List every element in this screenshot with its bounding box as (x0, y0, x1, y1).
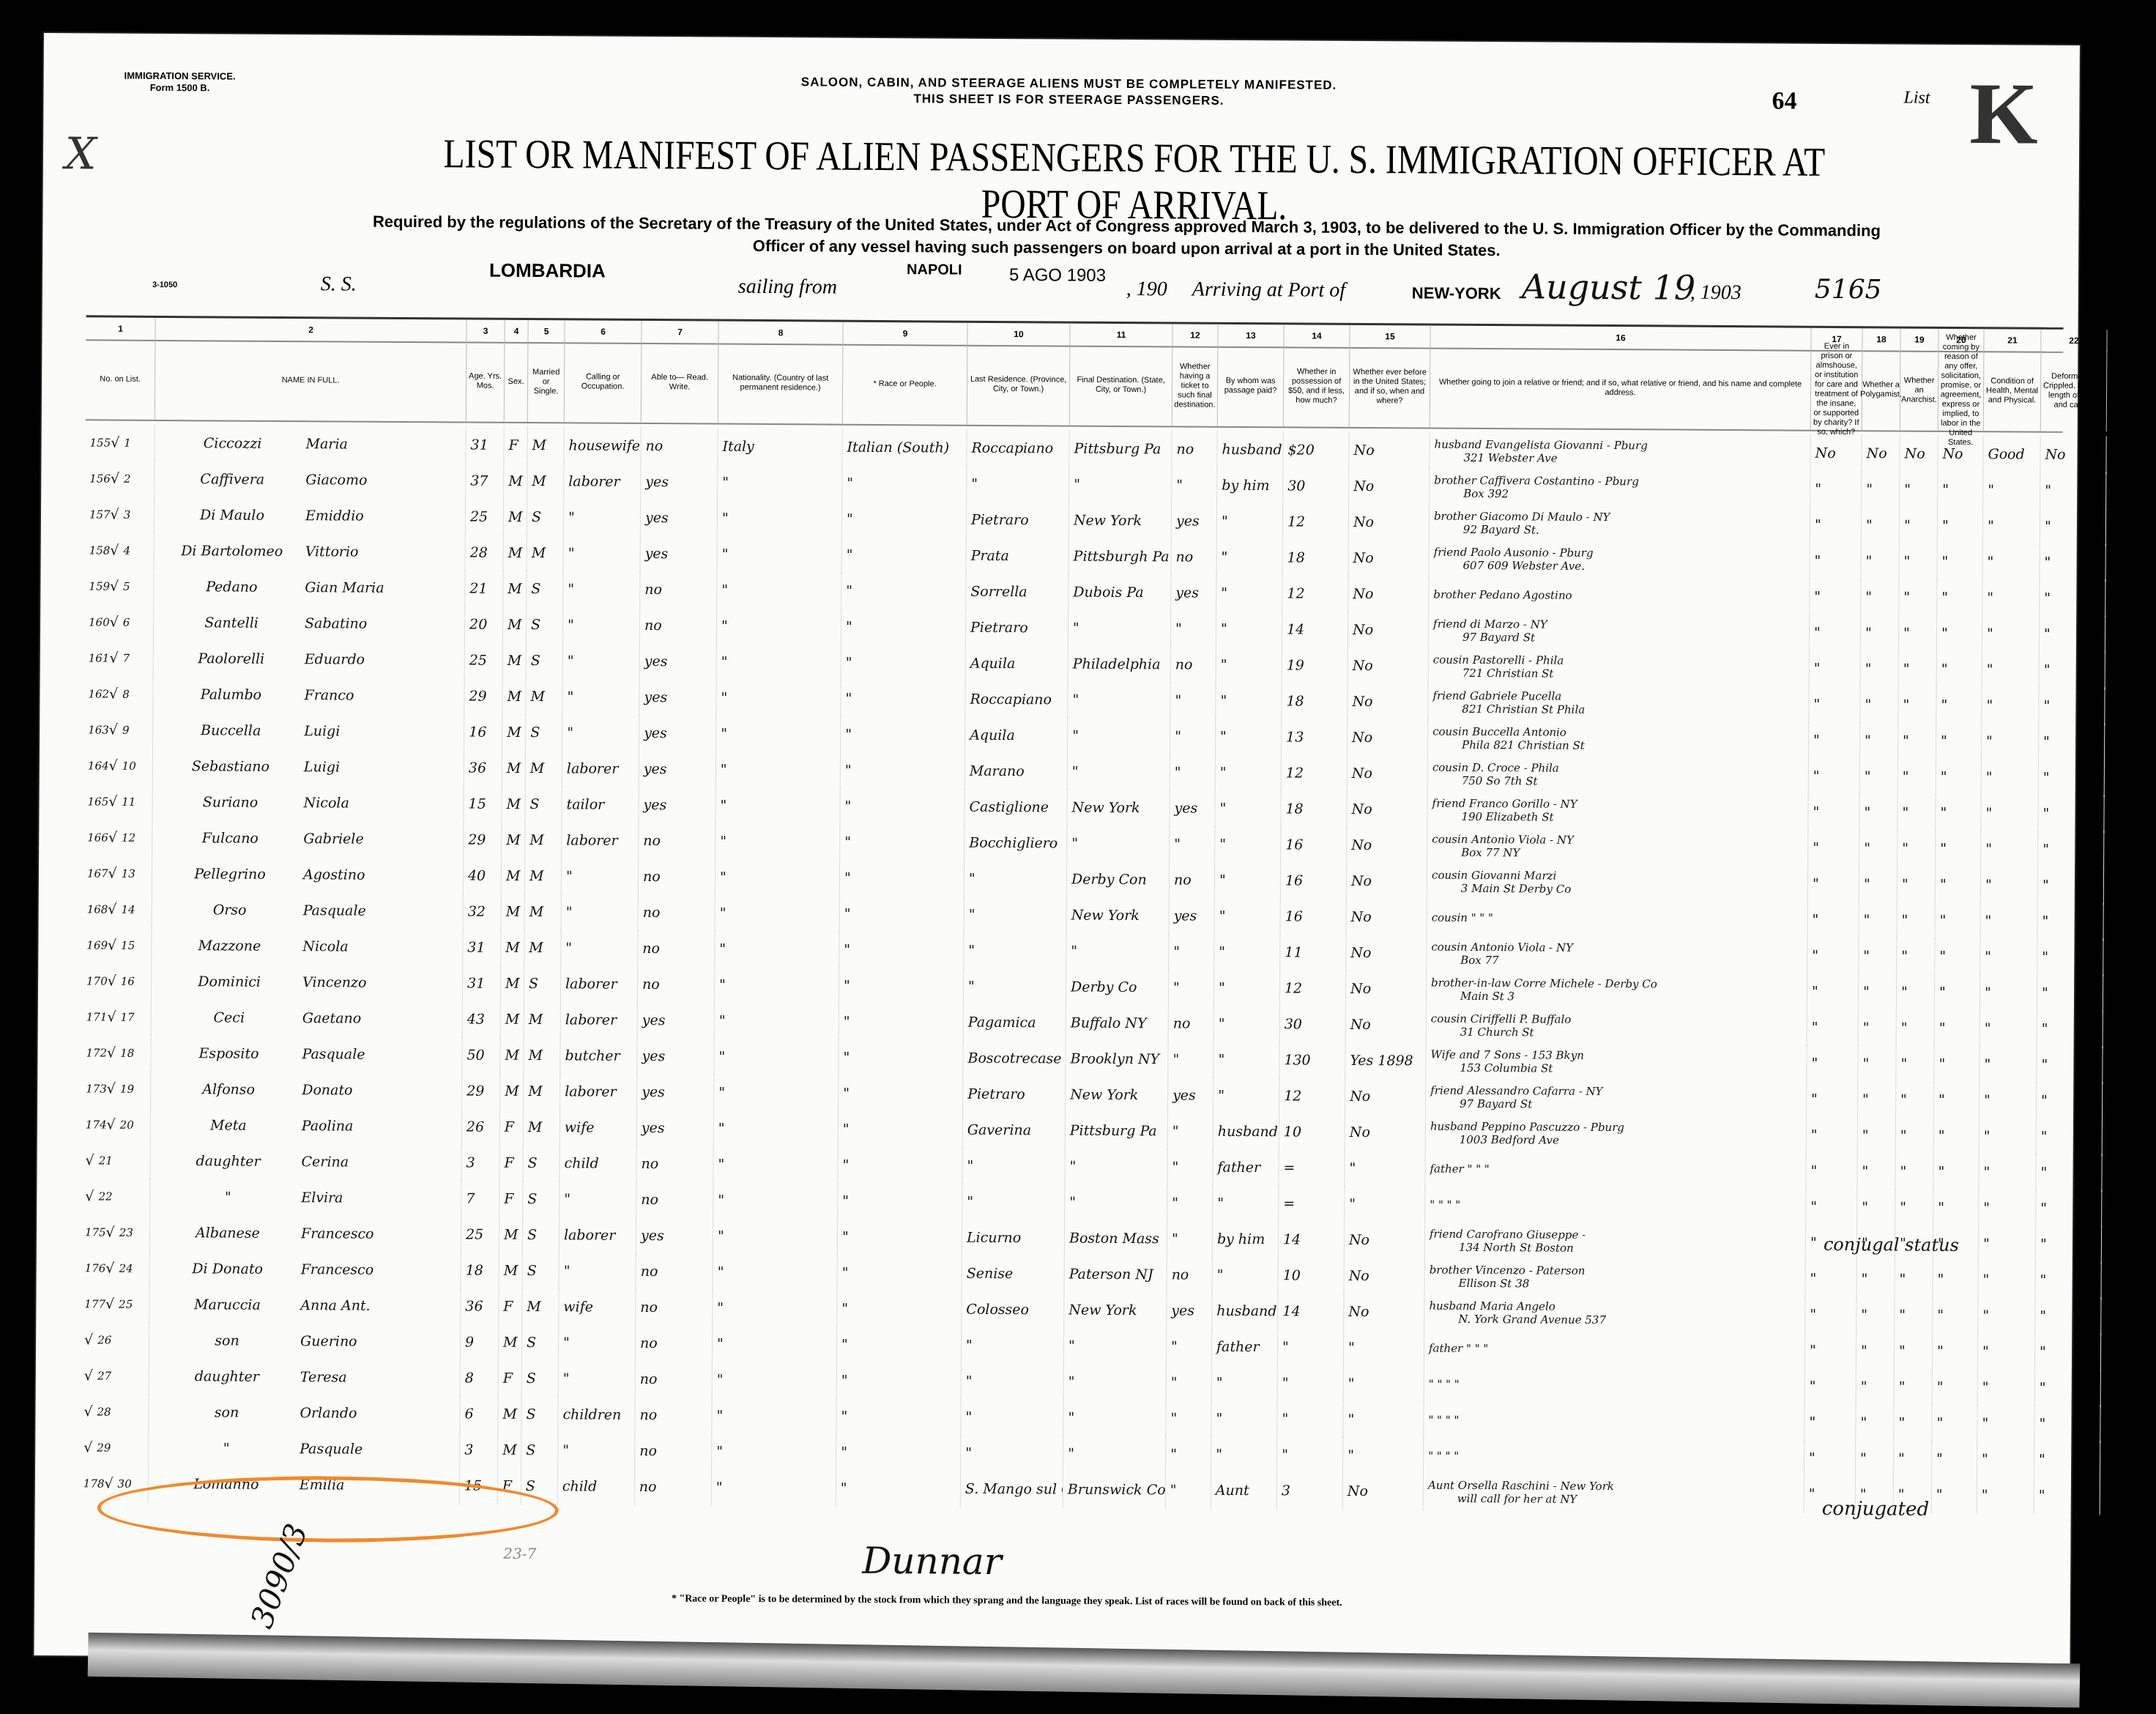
given-name: Vittorio (305, 547, 359, 557)
cell-no: 157 √3 (85, 495, 155, 534)
cell-sex: M (501, 965, 524, 1003)
list-ref: 175 (85, 1228, 106, 1237)
cell-ticket: " (1169, 932, 1214, 971)
cell-no: √28 (79, 1392, 149, 1431)
cell-dest: Paterson NJ (1065, 1255, 1167, 1294)
cell-money: = (1279, 1149, 1345, 1187)
cell-name: SebastianoLuigi (153, 747, 464, 787)
cell-last: Boscotrecase (963, 1039, 1066, 1078)
surname: Alfonso (155, 1084, 302, 1094)
cell-q19: " (1896, 1080, 1934, 1118)
list-no: 21 (99, 1156, 113, 1165)
cell-money: 130 (1279, 1041, 1345, 1080)
cell-nat: " (713, 1325, 837, 1364)
cell-q18: " (1857, 1152, 1895, 1190)
cell-paid: " (1215, 897, 1281, 936)
given-name: Teresa (300, 1373, 347, 1382)
cell-before: No (1347, 754, 1428, 793)
list-no: 30 (118, 1479, 132, 1488)
address-line: 97 Bayard St (1433, 631, 1535, 645)
cell-ticket: no (1169, 1004, 1214, 1042)
cell-nat: " (717, 607, 841, 646)
list-no: 14 (121, 905, 135, 914)
cell-age: 29 (464, 821, 502, 859)
cell-dest: " (1063, 1435, 1166, 1474)
cell-q18: " (1856, 1260, 1895, 1298)
cell-health: " (1982, 579, 2040, 617)
list-ref: 160 (89, 617, 110, 627)
marginal-note-row30: conjugated (1822, 1498, 1930, 1521)
cell-join: brother Caffivera Costantino - PburgBox … (1430, 468, 1810, 508)
cell-money: 12 (1282, 574, 1348, 613)
cell-deformed: " (2037, 1010, 2103, 1049)
cell-before: No (1348, 611, 1429, 650)
cell-nat: " (715, 894, 840, 933)
cell-last: " (962, 1147, 1065, 1186)
cell-money: 14 (1282, 610, 1348, 649)
cell-join: cousin Antonio Viola - NYBox 77 (1427, 935, 1807, 975)
cell-ms: S (525, 785, 562, 823)
ship-prefix: S. S. (321, 272, 357, 296)
surname: Albanese (155, 1228, 301, 1238)
cell-q18: " (1859, 829, 1897, 867)
list-ref: 165 (88, 797, 109, 806)
cell-join: " " " " (1424, 1401, 1804, 1442)
cell-ms: M (524, 929, 561, 967)
cell-age: 28 (466, 534, 504, 572)
cell-rw: no (639, 894, 715, 932)
cell-join: friend Alessandro Cafarra - NY97 Bayard … (1426, 1078, 1807, 1118)
surname: son (153, 1407, 300, 1417)
cell-q17: " (1807, 1080, 1858, 1118)
cell-race: " (841, 608, 966, 647)
cell-sex: M (502, 821, 525, 859)
cell-q17: " (1808, 865, 1859, 903)
cell-ms: M (526, 749, 562, 787)
cell-occ: " (560, 1180, 636, 1219)
cell-join: Wife and 7 Sons - 153 Bkyn153 Columbia S… (1426, 1042, 1807, 1083)
cell-nat: " (715, 966, 839, 1005)
cell-occ: children (558, 1395, 635, 1434)
cell-last: Bocchigliero (964, 824, 1067, 863)
cell-sex: M (498, 1431, 521, 1469)
cell-dest: " (1065, 1148, 1167, 1187)
cell-before: No (1344, 1293, 1424, 1332)
cell-paid: " (1216, 754, 1282, 793)
cell-health: " (1982, 543, 2040, 581)
cell-rw: no (639, 822, 715, 861)
cell-health: " (1980, 973, 2037, 1012)
cell-ticket: yes (1170, 897, 1215, 935)
surname: Di Bartolomeo (159, 546, 305, 556)
cell-sex: M (501, 1001, 524, 1039)
cell-sex: M (498, 1395, 521, 1433)
cell-health: " (1980, 1045, 2037, 1083)
cell-sex: F (504, 426, 527, 464)
cell-money: 18 (1282, 682, 1347, 721)
cell-ms: M (524, 1108, 560, 1146)
cell-q19: " (1898, 686, 1936, 724)
cell-nat: " (716, 679, 841, 718)
cell-name: Di BartolomeoVittorio (155, 532, 466, 572)
cell-age: 21 (465, 570, 503, 608)
cell-ms: S (522, 1324, 559, 1362)
cell-ms: M (527, 426, 564, 464)
cell-q20: " (1936, 686, 1982, 724)
cell-money: 12 (1280, 969, 1346, 1008)
cell-race: " (839, 931, 964, 970)
cell-paid: husband (1213, 1113, 1279, 1151)
cell-sex: M (499, 1216, 523, 1254)
cell-money: 30 (1280, 1005, 1346, 1044)
cell-q19: " (1895, 1260, 1933, 1298)
cell-ticket: no (1167, 1255, 1213, 1294)
given-name: Cerina (302, 1157, 349, 1167)
cell-health: " (1982, 650, 2040, 689)
given-name: Francesco (301, 1229, 374, 1239)
cell-sex: M (502, 785, 525, 823)
surname: Mazzone (156, 941, 302, 951)
cell-deformed: " (2034, 1405, 2100, 1444)
given-name: Sabatino (305, 619, 367, 629)
cell-rw: no (640, 606, 717, 645)
cell-before: " (1345, 1185, 1425, 1224)
cell-no: 161 √7 (84, 639, 154, 678)
cell-q18: " (1859, 865, 1897, 903)
cell-name: FulcanoGabriele (152, 819, 464, 859)
list-no: 2 (124, 474, 131, 483)
cell-dest: Pittsburg Pa (1066, 1112, 1168, 1151)
cell-before: No (1348, 575, 1429, 614)
cell-q20: " (1936, 866, 1981, 904)
cell-paid: " (1216, 682, 1282, 721)
cell-occ: " (562, 713, 639, 752)
list-no: 15 (121, 941, 135, 950)
list-no: 28 (97, 1407, 111, 1417)
cell-last: Roccapiano (965, 680, 1068, 719)
cell-ms: M (524, 1036, 560, 1075)
cell-deformed: " (2036, 1190, 2102, 1228)
footnote: * "Race or People" is to be determined b… (672, 1593, 1342, 1609)
cell-ms: S (527, 570, 563, 608)
address-line: 190 Elizabeth St (1432, 810, 1553, 824)
surname: Di Donato (155, 1264, 301, 1274)
given-name: Elvira (301, 1193, 343, 1203)
surname: daughter (155, 1156, 302, 1166)
cell-occ: " (559, 1359, 636, 1398)
list-ref: 162 (88, 689, 109, 699)
cell-dest: Pittsburgh Pa (1069, 538, 1172, 576)
cell-race: " (842, 500, 967, 539)
cell-name: sonOrlando (149, 1393, 460, 1433)
cell-rw: yes (639, 786, 715, 825)
relative-line: cousin Giovanni Marzi (1432, 869, 1556, 883)
relative-line: " " " " (1428, 1414, 1459, 1427)
address-line: 721 Christian St (1433, 667, 1554, 680)
cell-last: Gaverina (963, 1111, 1066, 1150)
cell-sex: M (504, 534, 527, 572)
cell-health: " (1982, 615, 2040, 653)
cell-no: 177 √25 (80, 1285, 149, 1324)
cell-age: 31 (463, 929, 501, 967)
list-no: 9 (122, 725, 130, 735)
cell-nat: " (716, 715, 841, 754)
cell-dest: " (1068, 609, 1171, 648)
cell-health: " (1980, 1081, 2037, 1119)
cell-ticket: " (1166, 1435, 1211, 1473)
column-number: 4 (505, 320, 528, 342)
cell-join: cousin Buccella AntonioPhila 821 Christi… (1428, 719, 1809, 760)
given-name: Luigi (304, 763, 340, 772)
relative-line: friend Franco Gorillo - NY (1432, 797, 1577, 811)
cell-age: 43 (463, 1001, 501, 1039)
cell-race: " (836, 1469, 961, 1508)
cell-before: " (1343, 1436, 1424, 1475)
cell-q20: " (1937, 543, 1982, 581)
cell-dest: " (1064, 1327, 1167, 1366)
surname: Orso (157, 905, 303, 915)
cell-rw: yes (637, 1109, 714, 1148)
cell-name: OrsoPasquale (152, 891, 464, 931)
address-line: 92 Bayard St. (1434, 523, 1539, 537)
cell-q19: " (1897, 1009, 1935, 1047)
address-line: Main St 3 (1431, 990, 1514, 1003)
list-ref: 164 (88, 761, 109, 771)
cell-age: 50 (462, 1036, 500, 1075)
address-line: N. York Grand Avenue 537 (1429, 1313, 1606, 1327)
cell-q20: No (1938, 435, 1983, 473)
surname: Ciccozzi (160, 438, 306, 448)
cell-paid: " (1211, 1400, 1277, 1439)
column-header: By whom was passage paid? (1218, 346, 1285, 427)
cell-name: PellegrinoAgostino (152, 855, 464, 895)
reference-number: 5165 (1815, 275, 1882, 305)
list-no: 8 (122, 689, 130, 699)
cell-ms: M (527, 534, 564, 572)
cell-race: " (840, 895, 964, 934)
cell-rw: yes (639, 750, 716, 789)
cell-sex: F (499, 1288, 522, 1326)
cell-deformed: " (2034, 1477, 2100, 1515)
cell-join: cousin D. Croce - Phila750 So 7th St (1428, 755, 1809, 795)
cell-nat: " (717, 571, 841, 610)
column-number: 22 (2041, 330, 2107, 352)
cell-race: " (841, 572, 966, 611)
cell-race: " (841, 680, 965, 719)
relative-line: cousin Ciriffelli P. Buffalo (1431, 1012, 1572, 1026)
cell-paid: " (1216, 610, 1282, 649)
list-no: 27 (97, 1371, 111, 1381)
cell-paid: " (1214, 933, 1280, 972)
cell-occ: " (564, 498, 641, 537)
manifest-table: 12345678910111213141516171819202122 No. … (79, 315, 2064, 1535)
cell-occ: laborer (564, 462, 641, 501)
column-headers: No. on List.NAME IN FULL.Age. Yrs. Mos.S… (86, 338, 2064, 432)
list-ref: 173 (86, 1084, 107, 1094)
cell-before: No (1346, 934, 1427, 973)
cell-occ: " (564, 534, 641, 573)
cell-sex: M (502, 893, 525, 931)
cell-rw: yes (637, 1073, 714, 1112)
cell-no: √22 (81, 1177, 150, 1216)
cell-ticket: " (1168, 1112, 1213, 1150)
list-ref: 172 (86, 1048, 107, 1058)
steerage-notice: SALOON, CABIN, AND STEERAGE ALIENS MUST … (702, 73, 1435, 110)
cell-q17: " (1807, 1045, 1858, 1083)
relative-line: cousin Antonio Viola - NY (1432, 833, 1574, 847)
cell-q19: " (1900, 506, 1938, 544)
cell-q19: " (1897, 973, 1935, 1011)
cell-name: PaolorelliEduardo (154, 639, 465, 680)
cell-q19: " (1894, 1439, 1932, 1477)
cell-name: daughterTeresa (149, 1357, 461, 1398)
relative-line: " " " " (1430, 1198, 1460, 1212)
cell-ms: S (523, 1180, 560, 1218)
cell-paid: " (1215, 861, 1281, 900)
surname: Pellegrino (157, 869, 303, 879)
cell-no: 165 √11 (83, 782, 152, 821)
cell-before: No (1343, 1472, 1424, 1511)
given-name: Luigi (304, 727, 340, 736)
cell-no: 159 √5 (84, 567, 154, 606)
cell-deformed: " (2038, 831, 2104, 869)
given-name: Guerino (300, 1337, 357, 1346)
column-number: 3 (466, 320, 505, 342)
cell-rw: yes (641, 463, 718, 502)
cell-ticket: yes (1172, 502, 1217, 540)
cell-q20: " (1933, 1153, 1979, 1191)
cell-occ: " (558, 1431, 635, 1470)
cell-before: " (1343, 1400, 1424, 1439)
cell-race: " (841, 716, 965, 754)
cell-q17: " (1807, 1116, 1858, 1154)
cell-ticket: " (1170, 753, 1216, 791)
surname: Buccella (157, 725, 304, 735)
cell-q20: " (1934, 1045, 1980, 1083)
cell-money: 19 (1282, 646, 1348, 685)
arrival-port: NEW-YORK (1412, 283, 1501, 303)
cell-name: "Elvira (150, 1178, 461, 1218)
cell-q17: " (1806, 1188, 1857, 1226)
surname: Caffivera (159, 474, 305, 484)
cell-no: 163 √9 (83, 711, 153, 749)
cell-nat: " (712, 1469, 836, 1507)
cell-health: " (1980, 938, 2037, 976)
list-ref: 157 (89, 510, 111, 519)
cell-deformed: " (2040, 615, 2105, 654)
column-number: 9 (843, 322, 967, 345)
cell-q20: " (1938, 507, 1983, 545)
column-header: Calling or Occupation. (565, 341, 642, 423)
cell-occ: wife (560, 1108, 637, 1147)
cell-q17: " (1807, 1009, 1859, 1047)
column-header: Whether coming by reason of any offer, s… (1938, 350, 1985, 431)
cell-deformed: " (2037, 1118, 2103, 1157)
cell-age: 31 (466, 426, 504, 464)
column-header: Final Destination. (State, City, or Town… (1070, 345, 1173, 426)
cell-sex: M (504, 462, 527, 500)
cell-no: 164 √10 (83, 746, 153, 785)
surname: Fulcano (157, 833, 303, 843)
cell-deformed: " (2039, 723, 2105, 762)
cell-no: √29 (79, 1428, 149, 1467)
address-line: 750 So 7th St (1432, 774, 1538, 788)
cell-sex: M (502, 857, 525, 895)
list-ref: 158 (89, 546, 111, 555)
column-header: Married or Single. (528, 341, 565, 422)
cell-q17: " (1809, 757, 1860, 795)
cell-paid: father (1212, 1328, 1278, 1367)
cell-ticket: no (1170, 861, 1215, 899)
column-header: Deformed or Crippled. Nature, length of … (2041, 351, 2108, 432)
cell-money: 14 (1278, 1292, 1344, 1331)
ship-name: LOMBARDIA (489, 259, 606, 283)
cell-rw: no (635, 1432, 712, 1471)
cell-last: " (967, 465, 1069, 504)
cell-q18: " (1858, 1045, 1896, 1083)
cell-deformed: " (2037, 974, 2103, 1013)
cell-no: √26 (80, 1321, 149, 1359)
given-name: Donato (302, 1086, 352, 1095)
given-name: Orlando (300, 1409, 357, 1418)
cell-sex: F (499, 1359, 522, 1398)
cell-money: " (1278, 1328, 1344, 1367)
cell-last: Pietraro (966, 609, 1068, 648)
arrival-year: , 1903 (1690, 281, 1741, 305)
column-number: 11 (1070, 324, 1172, 346)
cell-rw: yes (640, 642, 717, 681)
cell-health: " (1977, 1476, 2034, 1514)
cell-nat: " (715, 823, 840, 861)
column-header: * Race or People. (843, 344, 968, 425)
cell-age: 18 (461, 1252, 499, 1290)
cell-deformed: " (2035, 1261, 2101, 1300)
surname: " (155, 1192, 301, 1202)
cell-q17: " (1810, 614, 1861, 652)
cell-name: sonGuerino (149, 1321, 461, 1362)
address-line: Box 77 NY (1432, 846, 1520, 860)
list-no: 5 (123, 582, 130, 591)
cell-q19: " (1899, 578, 1937, 616)
cell-q20: " (1932, 1440, 1977, 1478)
relative-line: Aunt Orsella Raschini - New York (1428, 1479, 1614, 1494)
cell-ms: M (524, 1001, 561, 1039)
cell-health: " (1982, 722, 2039, 760)
list-no: 1 (124, 438, 131, 448)
cell-health: " (1981, 830, 2038, 868)
address-line: 321 Webster Ave (1434, 451, 1557, 465)
surname: Di Maulo (159, 510, 305, 520)
cell-money: 3 (1277, 1472, 1343, 1510)
given-name: Pasquale (302, 1050, 365, 1060)
margin-mark: X (65, 128, 97, 179)
cell-last: Sorrella (966, 573, 1068, 612)
cell-race: " (838, 1182, 962, 1221)
cell-dest: " (1066, 932, 1169, 971)
cell-occ: child (558, 1467, 635, 1506)
cell-occ: child (560, 1144, 636, 1183)
column-number: 13 (1218, 324, 1284, 347)
cell-occ: laborer (562, 749, 639, 788)
list-no: 4 (123, 546, 130, 555)
cell-join: husband Maria AngeloN. York Grand Avenue… (1424, 1294, 1805, 1334)
cell-health: " (1983, 471, 2040, 509)
cell-dest: Derby Co (1066, 968, 1169, 1007)
cell-nat: " (713, 1217, 838, 1256)
cell-money: 10 (1279, 1113, 1345, 1151)
list-label: List (1903, 89, 1930, 108)
relative-line: friend Gabriele Pucella (1432, 689, 1561, 703)
